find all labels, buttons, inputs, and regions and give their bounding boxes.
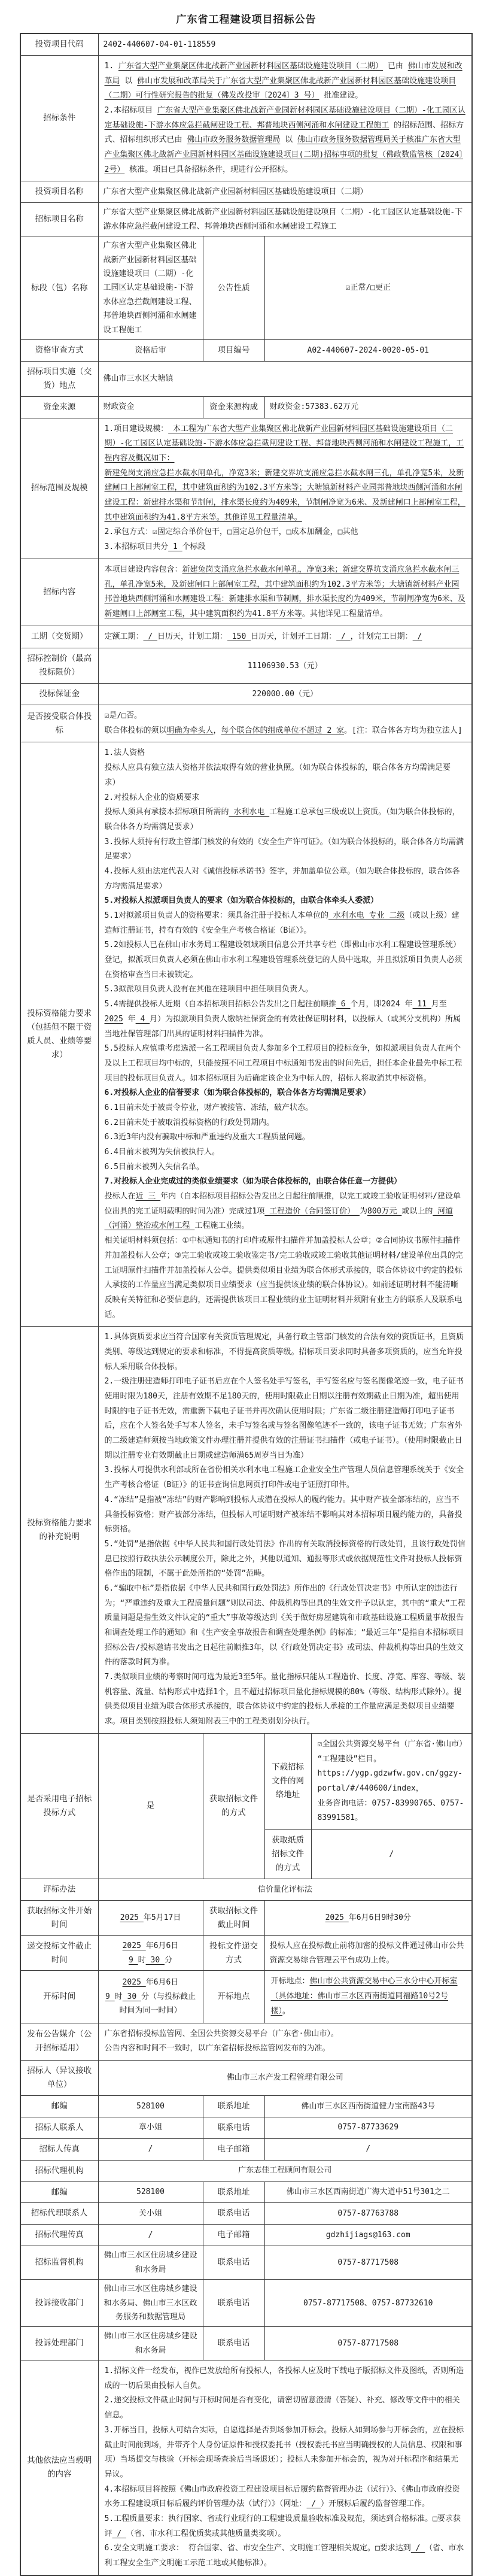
tender-content-label: 招标内容 <box>20 559 98 626</box>
tender-conditions-label: 招标条件 <box>20 55 98 181</box>
row-consortium: 是否接受联合体投标 ☑是/□否。 联合体投标的须以明确为牵头人，每个联合体的组成… <box>20 705 472 742</box>
tenderer-label: 招标人（异议接收单位） <box>20 2060 98 2095</box>
funding-source-label: 资金来源 <box>20 396 98 418</box>
complaint-handle-value: 佛山市三水区住房城乡建设和水务局 <box>98 2327 203 2360</box>
agency-address-value: 佛山市三水区西南街道广海大道中51号301之二 <box>264 2181 472 2203</box>
complaint-receive-label: 投诉接收部门 <box>20 2280 98 2327</box>
funding-composition-value: 财政资金:57383.62万元 <box>264 396 472 418</box>
section-name-label: 标段（包）名称 <box>20 236 98 340</box>
complaint-handle-phone-label: 联系电话 <box>203 2327 264 2360</box>
agency-value: 广东志佳工程顾问有限公司 <box>98 2160 472 2181</box>
duration-label: 工期（交货期） <box>20 626 98 648</box>
project-number-value: A02-440607-2024-0020-05-01 <box>264 339 472 361</box>
supervision-label: 招标监督机构 <box>20 2246 98 2280</box>
section-name-value: 广东省大型产业集聚区佛北战新产业园新材料园区基础设施建设项目（二期）-化工园区认… <box>98 236 203 340</box>
row-agency-postcode: 邮编 528100 联系地址 佛山市三水区西南街道广海大道中51号301之二 <box>20 2181 472 2203</box>
other-content-label: 其他依法应当载明的内容 <box>20 2360 98 2575</box>
document-start-value: 2025 年5月17日 <box>98 1900 203 1935</box>
row-tenderer: 招标人（异议接收单位） 佛山市三水产发工程管理有限公司 <box>20 2060 472 2095</box>
row-qualification-mode: 资格审查方式 资格后审 项目编号 A02-440607-2024-0020-05… <box>20 339 472 361</box>
row-complaint-handle: 投诉处理部门 佛山市三水区住房城乡建设和水务局 联系电话 0757-877175… <box>20 2327 472 2360</box>
paper-documents-value: / <box>311 1829 472 1879</box>
row-tenderer-contact: 招标人联系人 章小姐 联系电话 0757-87733629 <box>20 2117 472 2138</box>
row-announcement-media: 发布公告媒介（公开招标适用） 广东省招标投标监管网、全国公共资源交易平台（广东省… <box>20 2023 472 2060</box>
download-address-label: 下载招标文件的网络地址 <box>264 1733 311 1829</box>
obtain-documents-label: 获取招标文件的方式 <box>203 1733 264 1879</box>
row-complaint-receive: 投诉接收部门 佛山市三水区住房城乡建设和水务局、佛山市三水区政务服务和数据管理局… <box>20 2280 472 2327</box>
tenderer-address-label: 联系地址 <box>203 2095 264 2117</box>
agency-contact-value: 关小姐 <box>98 2203 203 2225</box>
paper-documents-label: 获取纸质招标文件的方式 <box>264 1829 311 1879</box>
agency-phone-value: 0757-87763788 <box>264 2203 472 2225</box>
consortium-label: 是否接受联合体投标 <box>20 705 98 742</box>
agency-postcode-value: 528100 <box>98 2181 203 2203</box>
announcement-media-value: 广东省招标投标监管网、全国公共资源交易平台（广东省·佛山市）。 公告内容和时间不… <box>98 2023 472 2060</box>
tender-content-text: 本项目建设内容包含：新建兔岗支涌应急拦水截水闸单孔，净宽3米；新建交界坑支涌应急… <box>98 559 472 626</box>
row-delivery-location: 招标项目实施（交货）地点 佛山市三水区大塘镇 <box>20 361 472 396</box>
row-electronic-bidding: 是否采用电子招标投标方式 是 获取招标文件的方式 下载招标文件的网络地址 ☑全国… <box>20 1733 472 1829</box>
supervision-value: 佛山市三水区住房城乡建设和水务局 <box>98 2246 203 2280</box>
agency-email-label: 电子邮箱 <box>203 2225 264 2246</box>
complaint-receive-value: 佛山市三水区住房城乡建设和水务局、佛山市三水区政务服务和数据管理局 <box>98 2280 203 2327</box>
tenderer-email-label: 电子邮箱 <box>203 2138 264 2160</box>
tenderer-contact-value: 章小姐 <box>98 2117 203 2138</box>
agency-email-value: gdzhijiags@163.com <box>264 2225 472 2246</box>
opening-time-label: 开标时间 <box>20 1971 98 2023</box>
row-tender-content: 招标内容 本项目建设内容包含：新建兔岗支涌应急拦水截水闸单孔，净宽3米；新建交界… <box>20 559 472 626</box>
tenderer-email-value: / <box>264 2138 472 2160</box>
row-qualification-supplement: 投标资格能力要求的补充说明 1.具体资质要求应当符合国家有关资质管理规定，具备行… <box>20 1327 472 1734</box>
agency-fax-value: / <box>98 2225 203 2246</box>
row-tenderer-fax: 招标人传真 / 电子邮箱 / <box>20 2138 472 2160</box>
tenderer-fax-label: 招标人传真 <box>20 2138 98 2160</box>
electronic-bidding-value: 是 <box>98 1733 203 1879</box>
submission-method-value: 投标人应在投标截止前将加密的投标文件通过佛山市公共资源交易综合管理云平台成功上传… <box>264 1935 472 1971</box>
complaint-receive-phone-value: 0757-87717508、0757-87732610 <box>264 2280 472 2327</box>
project-code-value: 2402-440607-04-01-118559 <box>98 34 472 55</box>
supervision-phone-value: 0757-87717508 <box>264 2246 472 2280</box>
row-tender-conditions: 招标条件 1. 广东省大型产业集聚区佛北战新产业园新材料园区基础设施建设项目（二… <box>20 55 472 181</box>
tender-project-name-value: 广东省大型产业集聚区佛北战新产业园新材料园区基础设施建设项目（二期）-化工园区认… <box>98 203 472 236</box>
agency-label: 招标代理机构 <box>20 2160 98 2181</box>
bid-bond-value: 220000.00（元） <box>98 684 472 705</box>
notice-nature-label: 公告性质 <box>203 236 264 340</box>
row-agency-contact: 招标代理联系人 关小姐 联系电话 0757-87763788 <box>20 2203 472 2225</box>
row-bid-bond: 投标保证金 220000.00（元） <box>20 684 472 705</box>
row-other-content: 其他依法应当载明的内容 1.招标文件一经发布，视作已发放给所有投标人，各投标人应… <box>20 2360 472 2575</box>
funding-composition-label: 资金来源构成 <box>203 396 264 418</box>
invest-project-name-label: 投资项目名称 <box>20 181 98 203</box>
announcement-media-label: 发布公告媒介（公开招标适用） <box>20 2023 98 2060</box>
row-bid-opening: 开标时间 2025 年6月6日 9 时 30 分（与投标截止时间为同一时间） 开… <box>20 1971 472 2023</box>
announcement-page: 广东省工程建设项目招标公告 投资项目代码 2402-440607-04-01-1… <box>0 0 493 2576</box>
submission-deadline-value: 2025 年6月6日 9 时 30 分 <box>98 1935 203 1971</box>
tenderer-address-value: 佛山市三水区西南街道健力宝南路43号 <box>264 2095 472 2117</box>
submission-method-label: 投标文件递交方式 <box>203 1935 264 1971</box>
notice-nature-value: ☑正常/□更正 <box>264 236 472 340</box>
row-tender-scope: 招标范围及规模 1.项目建设规模： 本工程为广东省大型产业集聚区佛北战新产业园新… <box>20 418 472 559</box>
row-funding-source: 资金来源 财政资金 资金来源构成 财政资金:57383.62万元 <box>20 396 472 418</box>
tender-project-name-label: 招标项目名称 <box>20 203 98 236</box>
agency-postcode-label: 邮编 <box>20 2181 98 2203</box>
announcement-table: 投资项目代码 2402-440607-04-01-118559 招标条件 1. … <box>20 33 473 2576</box>
page-title: 广东省工程建设项目招标公告 <box>20 11 473 26</box>
agency-address-label: 联系地址 <box>203 2181 264 2203</box>
consortium-text: ☑是/□否。 联合体投标的须以明确为牵头人，每个联合体的组成单位不超过 2 家。… <box>98 705 472 742</box>
tenderer-phone-label: 联系电话 <box>203 2117 264 2138</box>
tender-scope-text: 1.项目建设规模： 本工程为广东省大型产业集聚区佛北战新产业园新材料园区基础设施… <box>98 418 472 559</box>
funding-source-value: 财政资金 <box>98 396 203 418</box>
tenderer-value: 佛山市三水产发工程管理有限公司 <box>98 2060 472 2095</box>
complaint-handle-label: 投诉处理部门 <box>20 2327 98 2360</box>
document-deadline-label: 获取招标文件截止时间 <box>203 1900 264 1935</box>
delivery-location-value: 佛山市三水区大塘镇 <box>98 361 472 396</box>
row-qualification-requirements: 投标资格能力要求（包括但不限于资质人员、业绩等要求） 1.法人资格 投标人应具有… <box>20 742 472 1327</box>
other-content-text: 1.招标文件一经发布，视作已发放给所有投标人，各投标人应及时下载电子版招标文件及… <box>98 2360 472 2575</box>
opening-time-value: 2025 年6月6日 9 时 30 分（与投标截止时间为同一时间） <box>98 1971 203 2023</box>
document-deadline-value: 2025 年6月6日9时30分 <box>264 1900 472 1935</box>
project-number-label: 项目编号 <box>203 339 264 361</box>
evaluation-method-value: 信价量化评标法 <box>98 1879 472 1900</box>
qualification-mode-label: 资格审查方式 <box>20 339 98 361</box>
row-invest-project-name: 投资项目名称 广东省大型产业集聚区佛北战新产业园新材料园区基础设施建设项目（二期… <box>20 181 472 203</box>
supervision-phone-label: 联系电话 <box>203 2246 264 2280</box>
qualification-supplement-text: 1.具体资质要求应当符合国家有关资质管理规定，具备行政主管部门核发的合法有效的资… <box>98 1327 472 1734</box>
row-tenderer-postcode: 邮编 528100 联系地址 佛山市三水区西南街道健力宝南路43号 <box>20 2095 472 2117</box>
complaint-receive-phone-label: 联系电话 <box>203 2280 264 2327</box>
duration-value: 定额工期： / 日历天，计划工期： 150 日历天，计划开工日期： / ，计划完… <box>98 626 472 648</box>
opening-place-label: 开标地点 <box>203 1971 264 2023</box>
tenderer-fax-value: / <box>98 2138 203 2160</box>
download-address-value: ☑全国公共资源交易平台（广东省·佛山市）“工程建设”栏目。 https://yg… <box>311 1733 472 1829</box>
delivery-location-label: 招标项目实施（交货）地点 <box>20 361 98 396</box>
row-submission: 递交投标文件截止时间 2025 年6月6日 9 时 30 分 投标文件递交方式 … <box>20 1935 472 1971</box>
row-document-time: 获取招标文件开始时间 2025 年5月17日 获取招标文件截止时间 2025 年… <box>20 1900 472 1935</box>
tenderer-contact-label: 招标人联系人 <box>20 2117 98 2138</box>
project-code-label: 投资项目代码 <box>20 34 98 55</box>
bid-bond-label: 投标保证金 <box>20 684 98 705</box>
row-supervision: 招标监督机构 佛山市三水区住房城乡建设和水务局 联系电话 0757-877175… <box>20 2246 472 2280</box>
qualification-requirements-label: 投标资格能力要求（包括但不限于资质人员、业绩等要求） <box>20 742 98 1327</box>
submission-deadline-label: 递交投标文件截止时间 <box>20 1935 98 1971</box>
control-price-label: 招标控制价（最高投标限价） <box>20 648 98 684</box>
control-price-value: 11106930.53（元） <box>98 648 472 684</box>
agency-fax-label: 招标代理传真 <box>20 2225 98 2246</box>
evaluation-method-label: 评标办法 <box>20 1879 98 1900</box>
agency-phone-label: 联系电话 <box>203 2203 264 2225</box>
electronic-bidding-label: 是否采用电子招标投标方式 <box>20 1733 98 1879</box>
row-section-name: 标段（包）名称 广东省大型产业集聚区佛北战新产业园新材料园区基础设施建设项目（二… <box>20 236 472 340</box>
tenderer-phone-value: 0757-87733629 <box>264 2117 472 2138</box>
qualification-mode-value: 资格后审 <box>98 339 203 361</box>
tenderer-postcode-label: 邮编 <box>20 2095 98 2117</box>
qualification-requirements-text: 1.法人资格 投标人应具有独立法人资格并依法取得有效的营业执照。（如为联合体投标… <box>98 742 472 1327</box>
row-tender-project-name: 招标项目名称 广东省大型产业集聚区佛北战新产业园新材料园区基础设施建设项目（二期… <box>20 203 472 236</box>
invest-project-name-value: 广东省大型产业集聚区佛北战新产业园新材料园区基础设施建设项目（二期） <box>98 181 472 203</box>
row-project-code: 投资项目代码 2402-440607-04-01-118559 <box>20 34 472 55</box>
tender-scope-label: 招标范围及规模 <box>20 418 98 559</box>
row-duration: 工期（交货期） 定额工期： / 日历天，计划工期： 150 日历天，计划开工日期… <box>20 626 472 648</box>
row-agency: 招标代理机构 广东志佳工程顾问有限公司 <box>20 2160 472 2181</box>
tender-conditions-text: 1. 广东省大型产业集聚区佛北战新产业园新材料园区基础设施建设项目（二期） 已由… <box>98 55 472 181</box>
agency-contact-label: 招标代理联系人 <box>20 2203 98 2225</box>
row-evaluation-method: 评标办法 信价量化评标法 <box>20 1879 472 1900</box>
document-start-label: 获取招标文件开始时间 <box>20 1900 98 1935</box>
qualification-supplement-label: 投标资格能力要求的补充说明 <box>20 1327 98 1734</box>
complaint-handle-phone-value: 0757-87717508 <box>264 2327 472 2360</box>
opening-place-value: 开标地点：佛山市公共资源交易中心三水分中心开标室（具体地址：佛山市三水区西南街道… <box>264 1971 472 2023</box>
row-control-price: 招标控制价（最高投标限价） 11106930.53（元） <box>20 648 472 684</box>
row-agency-fax: 招标代理传真 / 电子邮箱 gdzhijiags@163.com <box>20 2225 472 2246</box>
tenderer-postcode-value: 528100 <box>98 2095 203 2117</box>
